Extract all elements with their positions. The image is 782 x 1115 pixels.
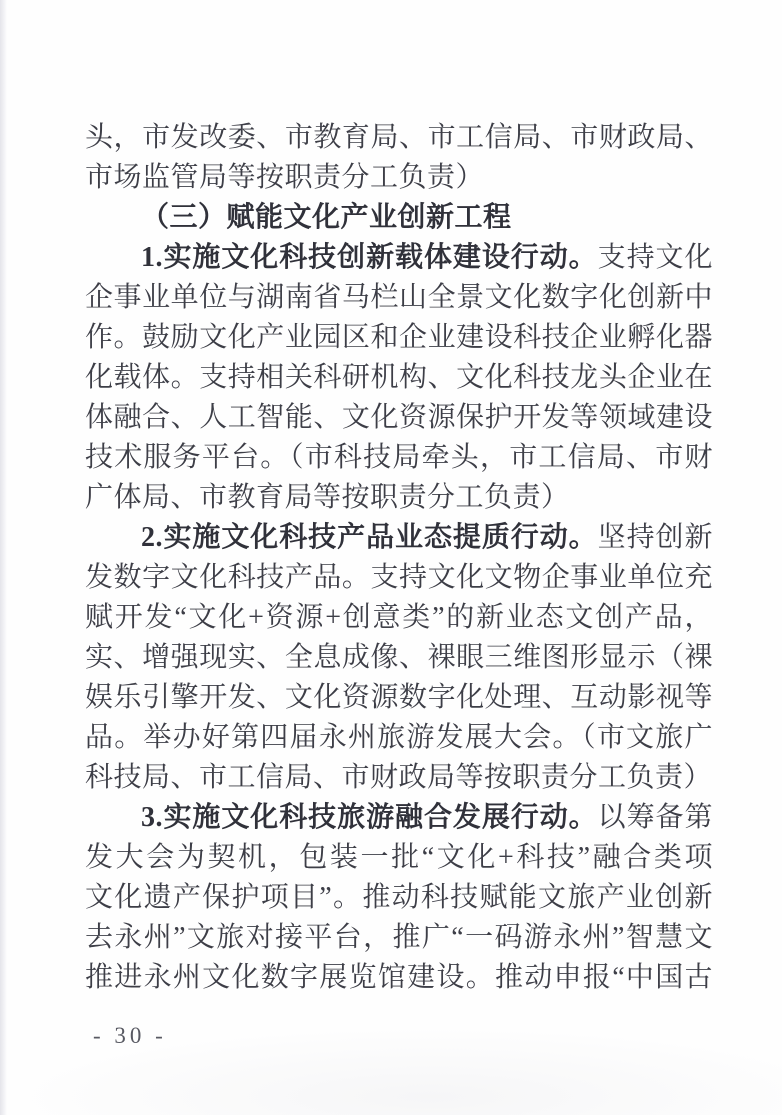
text-run: 技术服务平台。（市科技局牵头，市工信局、市财政局、市文旅: [85, 442, 713, 478]
text-line: 实、增强现实、全息成像、裸眼三维图形显示（裸眼3D）、交互: [85, 638, 713, 678]
text-run: 赋开发“文化+资源+创意类”的新业态文创产品，创新利用虚拟现: [85, 602, 713, 638]
text-run: 作。鼓励文化产业园区和企业建设科技企业孵化器等创新创业孵: [85, 322, 713, 358]
text-line: 发大会为契机，包装一批“文化+科技”融合类项目。实施好“十大: [85, 838, 713, 878]
scan-edge-artifact: [0, 0, 7, 1115]
text-run: 发大会为契机，包装一批“文化+科技”融合类项目。实施好“十大: [85, 842, 713, 878]
text-line: 品。举办好第四届永州旅游发展大会。（市文旅广体局牵头，市: [85, 718, 713, 758]
text-run: 市场监管局等按职责分工负责）: [85, 162, 484, 193]
text-line: 化载体。支持相关科研机构、文化科技龙头企业在创意设计、媒: [85, 358, 713, 398]
text-run: 去永州”文旅对接平台，推广“一码游永州”智慧文旅平台，加快: [85, 922, 713, 958]
text-line: 去永州”文旅对接平台，推广“一码游永州”智慧文旅平台，加快: [85, 918, 713, 958]
text-run: 企事业单位与湖南省马栏山全景文化数字化创新中心等开展合: [85, 282, 713, 318]
text-run: 头，市发改委、市教育局、市工信局、市财政局、市人社局、市: [85, 122, 713, 158]
text-line: 科技局、市工信局、市财政局等按职责分工负责）: [85, 758, 713, 798]
text-run: 化载体。支持相关科研机构、文化科技龙头企业在创意设计、媒: [85, 362, 713, 398]
bold-run: 2.实施文化科技产品业态提质行动。: [141, 522, 598, 553]
text-line: 文化遗产保护项目”。推动科技赋能文旅产业创新发展，搭建“走，: [85, 878, 713, 918]
text-run: 品。举办好第四届永州旅游发展大会。（市文旅广体局牵头，市: [85, 722, 713, 758]
text-run: 体融合、人工智能、文化资源保护开发等领域建设文化科技公共: [85, 402, 713, 438]
text-line: 2.实施文化科技产品业态提质行动。坚持创新驱动，鼓励开: [85, 518, 713, 558]
text-run: 实、增强现实、全息成像、裸眼三维图形显示（裸眼3D）、交互: [85, 642, 713, 678]
text-line: 作。鼓励文化产业园区和企业建设科技企业孵化器等创新创业孵: [85, 318, 713, 358]
bold-run: 3.实施文化科技旅游融合发展行动。: [141, 802, 598, 833]
text-line: 体融合、人工智能、文化资源保护开发等领域建设文化科技公共: [85, 398, 713, 438]
text-run: 娱乐引擎开发、文化资源数字化处理、互动影视等技术研发新产: [85, 682, 713, 718]
text-line: 推进永州文化数字展览馆建设。推动申报“中国古代摩崖石刻文: [85, 958, 713, 998]
text-run: 广体局、市教育局等按职责分工负责）: [85, 482, 570, 513]
text-line: 发数字文化科技产品。支持文化文物企事业单位充分利用资源禀: [85, 558, 713, 598]
text-line: 技术服务平台。（市科技局牵头，市工信局、市财政局、市文旅: [85, 438, 713, 478]
text-line: 娱乐引擎开发、文化资源数字化处理、互动影视等技术研发新产: [85, 678, 713, 718]
text-line: 3.实施文化科技旅游融合发展行动。以筹备第七届湖南省旅: [85, 798, 713, 838]
text-line: 企事业单位与湖南省马栏山全景文化数字化创新中心等开展合: [85, 278, 713, 318]
document-page: 头，市发改委、市教育局、市工信局、市财政局、市人社局、市市场监管局等按职责分工负…: [0, 0, 782, 1115]
bold-run: （三）赋能文化产业创新工程: [141, 202, 512, 233]
document-body: 头，市发改委、市教育局、市工信局、市财政局、市人社局、市市场监管局等按职责分工负…: [85, 118, 713, 998]
text-run: 科技局、市工信局、市财政局等按职责分工负责）: [85, 762, 712, 793]
text-run: 推进永州文化数字展览馆建设。推动申报“中国古代摩崖石刻文: [85, 962, 713, 998]
bold-run: 1.实施文化科技创新载体建设行动。: [141, 242, 598, 273]
text-line: （三）赋能文化产业创新工程: [85, 198, 713, 238]
text-run: 文化遗产保护项目”。推动科技赋能文旅产业创新发展，搭建“走，: [85, 882, 713, 918]
page-number: - 30 -: [93, 1022, 167, 1050]
text-line: 头，市发改委、市教育局、市工信局、市财政局、市人社局、市: [85, 118, 713, 158]
text-line: 1.实施文化科技创新载体建设行动。支持文化和科技融合类: [85, 238, 713, 278]
text-line: 市场监管局等按职责分工负责）: [85, 158, 713, 198]
text-line: 广体局、市教育局等按职责分工负责）: [85, 478, 713, 518]
text-line: 赋开发“文化+资源+创意类”的新业态文创产品，创新利用虚拟现: [85, 598, 713, 638]
text-run: 发数字文化科技产品。支持文化文物企事业单位充分利用资源禀: [85, 562, 713, 598]
